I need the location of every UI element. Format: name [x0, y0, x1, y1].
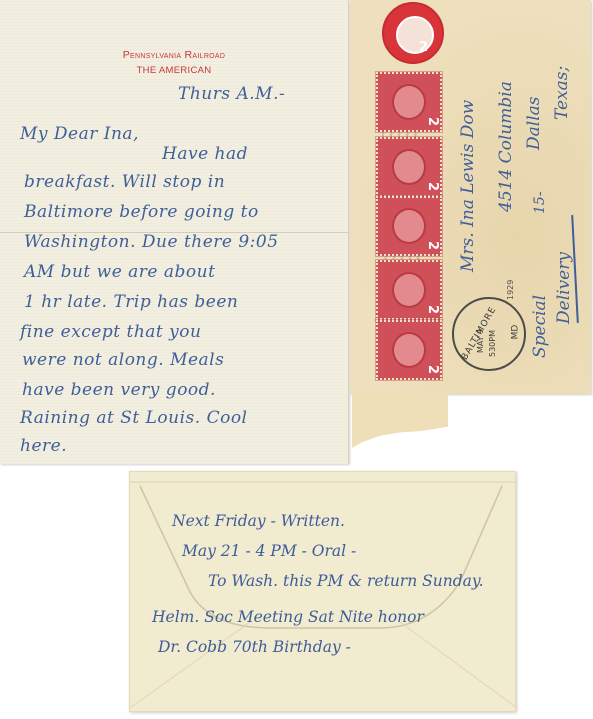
address-street: 4514 Columbia: [496, 81, 516, 212]
stamp-portrait-icon: [392, 272, 426, 308]
letter-salutation: My Dear Ina,: [20, 124, 139, 144]
postmark-time: 530PM: [488, 330, 497, 357]
back-note-line: To Wash. this PM & return Sunday.: [208, 572, 484, 590]
address-name: Mrs. Ina Lewis Dow: [458, 100, 478, 272]
stamp-value: 2: [425, 182, 440, 191]
postmark-circle: BALTIMORE MAY 9 530PM MD: [452, 297, 526, 371]
letter-line: breakfast. Will stop in: [24, 172, 225, 192]
letter-line: 1 hr late. Trip has been: [24, 292, 238, 312]
stamp-value: 2: [425, 305, 440, 314]
letter-line: Have had: [162, 144, 248, 164]
stamp-portrait-icon: [392, 84, 426, 120]
postage-stamp: 2: [376, 137, 442, 197]
letter-line: fine except that you: [20, 322, 201, 342]
address-city: Dallas: [524, 97, 544, 151]
delivery-label: Delivery: [554, 252, 574, 324]
postage-stamp: 2: [376, 196, 442, 256]
stamp-value: 2: [425, 117, 440, 126]
postmark-date: MAY 9: [476, 329, 485, 353]
postmark-state: MD: [510, 325, 520, 340]
special-label: Special: [530, 295, 550, 358]
stamp-portrait-icon: [392, 208, 426, 244]
embossed-stamp-icon: 2: [382, 2, 444, 64]
postage-annotation: 15-: [532, 191, 548, 214]
address-state: Texas;: [552, 66, 572, 120]
postage-stamp: 2: [376, 320, 442, 380]
back-note-line: Dr. Cobb 70th Birthday -: [158, 638, 351, 656]
letter-line: AM but we are about: [24, 262, 215, 282]
letter-closing-line: here.: [20, 436, 67, 456]
embossed-portrait-icon: [396, 16, 434, 54]
letter-line: Raining at St Louis. Cool: [20, 408, 248, 428]
back-note-line: Next Friday - Written.: [172, 512, 345, 530]
letter-line: Baltimore before going to: [24, 202, 259, 222]
letter-line: have been very good.: [22, 380, 216, 400]
letter-line: Washington. Due there 9:05: [24, 232, 279, 252]
envelope-back: Next Friday - Written. May 21 - 4 PM - O…: [129, 471, 516, 712]
postmark-year: 1929: [506, 280, 515, 300]
stamp-value: 2: [425, 241, 440, 250]
stamp-portrait-icon: [392, 332, 426, 368]
envelope-flap-outline: [130, 472, 517, 713]
letter-page: Pennsylvania Railroad THE AMERICAN Thurs…: [0, 0, 349, 464]
postage-stamp: 2: [376, 260, 442, 320]
stamp-value: 2: [425, 365, 440, 374]
letterhead-train: THE AMERICAN: [0, 63, 348, 78]
letter-line: were not along. Meals: [22, 350, 224, 370]
back-note-line: May 21 - 4 PM - Oral -: [182, 542, 356, 560]
envelope-torn-flap: [352, 392, 448, 448]
postage-stamp: 2: [376, 72, 442, 132]
letterhead-company: Pennsylvania Railroad: [0, 48, 348, 63]
letter-dateline: Thurs A.M.-: [178, 84, 285, 104]
stamp-portrait-icon: [392, 149, 426, 185]
embossed-stamp-value: 2: [419, 40, 428, 55]
letterhead: Pennsylvania Railroad THE AMERICAN: [0, 48, 348, 78]
back-note-line: Helm. Soc Meeting Sat Nite honor: [152, 608, 424, 626]
